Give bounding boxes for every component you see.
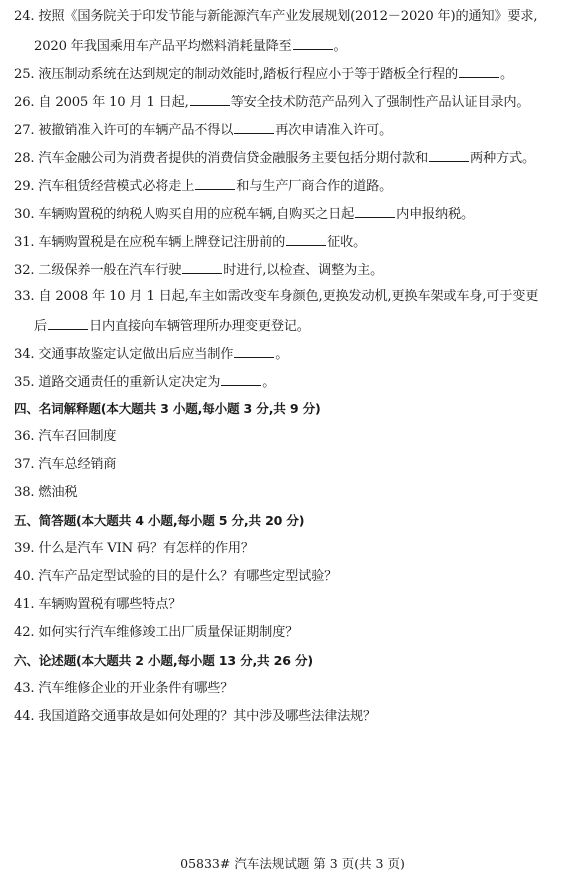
question-27: 27. 被撤销准入许可的车辆产品不得以再次申请准入许可。 <box>14 121 577 139</box>
question-number: 26. <box>14 95 34 110</box>
question-34: 34. 交通事故鉴定认定做出后应当制作。 <box>14 345 577 363</box>
question-number: 25. <box>14 67 34 82</box>
question-text: 等安全技术防范产品列入了强制性产品认证目录内。 <box>231 95 530 110</box>
question-text: 液压制动系统在达到规定的制动效能时,踏板行程应小于等于踏板全行程的 <box>38 67 458 82</box>
question-29: 29. 汽车租赁经营模式必将走上和与生产厂商合作的道路。 <box>14 177 577 195</box>
answer-blank <box>355 205 395 218</box>
question-text: 汽车金融公司为消费者提供的消费信贷金融服务主要包括分期付款和 <box>38 151 428 166</box>
answer-blank <box>286 233 326 246</box>
question-text: 。 <box>500 67 513 82</box>
question-37: 37. 汽车总经销商 <box>14 457 577 473</box>
question-38: 38. 燃油税 <box>14 485 577 501</box>
exam-page: 24. 按照《国务院关于印发节能与新能源汽车产业发展规划(2012－2020 年… <box>0 0 585 885</box>
question-text: 再次申请准入许可。 <box>275 123 392 138</box>
question-32: 32. 二级保养一般在汽车行驶时进行,以检查、调整为主。 <box>14 261 577 279</box>
question-text: 后 <box>34 319 47 334</box>
question-43: 43. 汽车维修企业的开业条件有哪些？ <box>14 681 577 697</box>
question-31: 31. 车辆购置税是在应税车辆上牌登记注册前的征收。 <box>14 233 577 251</box>
question-text: 车辆购置税的纳税人购买自用的应税车辆,自购买之日起 <box>38 207 354 222</box>
question-text: 自 2005 年 10 月 1 日起, <box>38 95 188 110</box>
question-41: 41. 车辆购置税有哪些特点？ <box>14 597 577 613</box>
question-text: 车辆购置税是在应税车辆上牌登记注册前的 <box>38 235 285 250</box>
question-number: 28. <box>14 151 34 166</box>
question-number: 29. <box>14 179 34 194</box>
question-text: 时进行,以检查、调整为主。 <box>223 263 383 278</box>
question-30: 30. 车辆购置税的纳税人购买自用的应税车辆,自购买之日起内申报纳税。 <box>14 205 577 223</box>
question-text: 道路交通责任的重新认定决定为 <box>38 375 220 390</box>
question-36: 36. 汽车召回制度 <box>14 429 577 445</box>
answer-blank <box>190 93 230 106</box>
question-text: 汽车租赁经营模式必将走上 <box>38 179 194 194</box>
question-42: 42. 如何实行汽车维修竣工出厂质量保证期制度？ <box>14 625 577 641</box>
question-number: 32. <box>14 263 34 278</box>
answer-blank <box>293 37 333 50</box>
answer-blank <box>221 373 261 386</box>
answer-blank <box>459 65 499 78</box>
question-text: 2020 年我国乘用车产品平均燃料消耗量降至 <box>34 39 292 54</box>
question-text: 。 <box>262 375 275 390</box>
section-heading-5: 五、简答题(本大题共 4 小题,每小题 5 分,共 20 分) <box>14 513 577 529</box>
question-number: 27. <box>14 123 34 138</box>
question-text: 两种方式。 <box>470 151 535 166</box>
question-text: 自 2008 年 10 月 1 日起,车主如需改变车身颜色,更换发动机,更换车架… <box>38 289 538 304</box>
question-40: 40. 汽车产品定型试验的目的是什么？有哪些定型试验？ <box>14 569 577 585</box>
question-28: 28. 汽车金融公司为消费者提供的消费信贷金融服务主要包括分期付款和两种方式。 <box>14 149 577 167</box>
question-text: 和与生产厂商合作的道路。 <box>236 179 392 194</box>
question-24: 24. 按照《国务院关于印发节能与新能源汽车产业发展规划(2012－2020 年… <box>14 9 577 25</box>
question-text: 。 <box>275 347 288 362</box>
section-heading-6: 六、论述题(本大题共 2 小题,每小题 13 分,共 26 分) <box>14 653 577 669</box>
question-24-cont: 2020 年我国乘用车产品平均燃料消耗量降至。 <box>34 37 577 55</box>
question-text: 被撤销准入许可的车辆产品不得以 <box>38 123 233 138</box>
page-footer: 05833# 汽车法规试题 第 3 页(共 3 页) <box>0 856 585 872</box>
answer-blank <box>429 149 469 162</box>
question-35: 35. 道路交通责任的重新认定决定为。 <box>14 373 577 391</box>
question-text: 交通事故鉴定认定做出后应当制作 <box>38 347 233 362</box>
question-33-cont: 后日内直接向车辆管理所办理变更登记。 <box>34 317 577 335</box>
question-text: 日内直接向车辆管理所办理变更登记。 <box>89 319 310 334</box>
question-25: 25. 液压制动系统在达到规定的制动效能时,踏板行程应小于等于踏板全行程的。 <box>14 65 577 83</box>
question-text: 二级保养一般在汽车行驶 <box>38 263 181 278</box>
question-text: 。 <box>334 39 347 54</box>
question-33: 33. 自 2008 年 10 月 1 日起,车主如需改变车身颜色,更换发动机,… <box>14 289 577 305</box>
question-39: 39. 什么是汽车 VIN 码？有怎样的作用？ <box>14 541 577 557</box>
question-text: 按照《国务院关于印发节能与新能源汽车产业发展规划(2012－2020 年)的通知… <box>38 9 537 24</box>
question-number: 24. <box>14 9 34 24</box>
section-heading-4: 四、名词解释题(本大题共 3 小题,每小题 3 分,共 9 分) <box>14 401 577 417</box>
question-number: 33. <box>14 289 34 304</box>
question-number: 34. <box>14 347 34 362</box>
question-text: 内申报纳税。 <box>396 207 474 222</box>
answer-blank <box>195 177 235 190</box>
answer-blank <box>182 261 222 274</box>
question-number: 35. <box>14 375 34 390</box>
question-text: 征收。 <box>327 235 366 250</box>
question-44: 44. 我国道路交通事故是如何处理的？其中涉及哪些法律法规？ <box>14 709 577 725</box>
question-number: 30. <box>14 207 34 222</box>
answer-blank <box>48 317 88 330</box>
question-number: 31. <box>14 235 34 250</box>
answer-blank <box>234 121 274 134</box>
question-26: 26. 自 2005 年 10 月 1 日起,等安全技术防范产品列入了强制性产品… <box>14 93 577 111</box>
answer-blank <box>234 345 274 358</box>
